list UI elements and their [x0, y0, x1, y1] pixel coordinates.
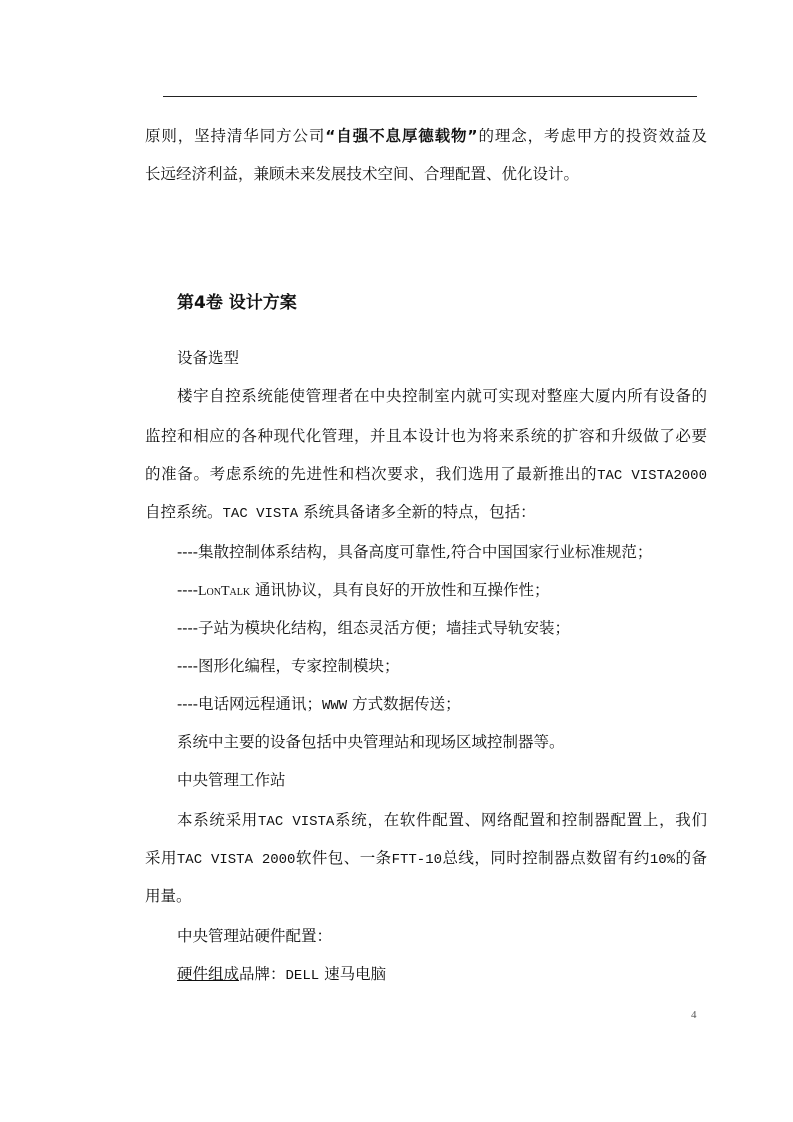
feature-item: ----集散控制体系结构，具备高度可靠性,符合中国国家行业标准规范； — [177, 542, 742, 562]
brand-name: DELL — [286, 968, 320, 984]
intro-text: 原则，坚持清华同方公司 — [145, 127, 325, 145]
feature-text: 图形化编程，专家控制模块； — [198, 657, 400, 675]
www-label: WWW — [322, 698, 347, 714]
text: 总线，同时控制器点数留有约 — [442, 849, 650, 867]
quote-open: “ — [325, 127, 335, 145]
product-name: TAC VISTA — [223, 506, 299, 522]
feature-text: 电话网远程通讯； — [198, 695, 322, 713]
header-rule — [163, 96, 697, 97]
motto-bold: 自强不息厚德载物 — [335, 127, 467, 145]
text: 本系统采用 — [177, 811, 258, 829]
para1-line-2: 监控和相应的各种现代化管理，并且本设计也为将来系统的扩容和升级做了必要 — [145, 426, 707, 446]
para1-line-3: 的准备。考虑系统的先进性和档次要求，我们选用了最新推出的TAC VISTA200… — [145, 464, 707, 486]
para2: 系统中主要的设备包括中央管理站和现场区域控制器等。 — [177, 732, 742, 752]
feature-item: ----电话网远程通讯；WWW 方式数据传送； — [177, 694, 742, 716]
subheading-equipment-selection: 设备选型 — [177, 348, 742, 368]
page-number: 4 — [691, 1009, 697, 1021]
hardware-line: 硬件组成品牌：DELL 速马电脑 — [177, 964, 742, 986]
para3-line-1: 本系统采用TAC VISTA系统，在软件配置、网络配置和控制器配置上，我们 — [177, 810, 707, 832]
text: 品牌： — [239, 965, 286, 983]
dash: ---- — [177, 657, 198, 675]
section-heading: 第4卷 设计方案 — [177, 293, 742, 313]
para1-line-1: 楼宇自控系统能使管理者在中央控制室内就可实现对整座大厦内所有设备的 — [177, 386, 707, 406]
protocol-name: LonTalk — [198, 584, 250, 599]
dash: ---- — [177, 619, 198, 637]
dash: ---- — [177, 695, 198, 713]
text: 软件包、一条 — [295, 849, 391, 867]
hardware-label: 硬件组成 — [177, 965, 239, 983]
text: 采用 — [145, 849, 177, 867]
feature-item: ----LonTalk 通讯协议，具有良好的开放性和互操作性； — [177, 580, 742, 602]
intro-line-1: 原则，坚持清华同方公司“自强不息厚德载物”的理念，考虑甲方的投资效益及 — [145, 126, 707, 146]
text: 系统，在软件配置、网络配置和控制器配置上，我们 — [334, 811, 707, 829]
text: 自控系统。 — [145, 503, 223, 521]
feature-text: 通讯协议，具有良好的开放性和互操作性； — [255, 581, 550, 599]
text: 的准备。考虑系统的先进性和档次要求，我们选用了最新推出的 — [145, 465, 597, 483]
product-name: TAC VISTA — [258, 814, 334, 830]
dash: ---- — [177, 543, 198, 561]
intro-line-2: 长远经济利益，兼顾未来发展技术空间、合理配置、优化设计。 — [145, 164, 710, 184]
para3-line-2: 采用TAC VISTA 2000软件包、一条FTT-10总线，同时控制器点数留有… — [145, 848, 707, 870]
feature-item: ----图形化编程，专家控制模块； — [177, 656, 742, 676]
text: 系统具备诸多全新的特点，包括： — [303, 503, 536, 521]
feature-text: 集散控制体系结构，具备高度可靠性,符合中国国家行业标准规范； — [198, 543, 652, 561]
para3-line-3: 用量。 — [145, 886, 710, 906]
feature-item: ----子站为模块化结构，组态灵活方便；墙挂式导轨安装； — [177, 618, 742, 638]
subheading-hardware-config: 中央管理站硬件配置： — [177, 926, 742, 946]
text: 速马电脑 — [324, 965, 386, 983]
quote-close: ” — [467, 127, 477, 145]
bus-name: FTT-10 — [392, 852, 442, 868]
intro-text: 的理念，考虑甲方的投资效益及 — [478, 127, 707, 145]
subheading-central-workstation: 中央管理工作站 — [177, 770, 742, 790]
percentage: 10% — [650, 852, 675, 868]
feature-text: 方式数据传送； — [352, 695, 461, 713]
text: 的备 — [675, 849, 707, 867]
product-name: TAC VISTA2000 — [597, 468, 707, 484]
dash: ---- — [177, 581, 198, 599]
para1-line-4: 自控系统。TAC VISTA 系统具备诸多全新的特点，包括： — [145, 502, 710, 524]
product-name: TAC VISTA 2000 — [177, 852, 296, 868]
feature-text: 子站为模块化结构，组态灵活方便；墙挂式导轨安装； — [198, 619, 570, 637]
